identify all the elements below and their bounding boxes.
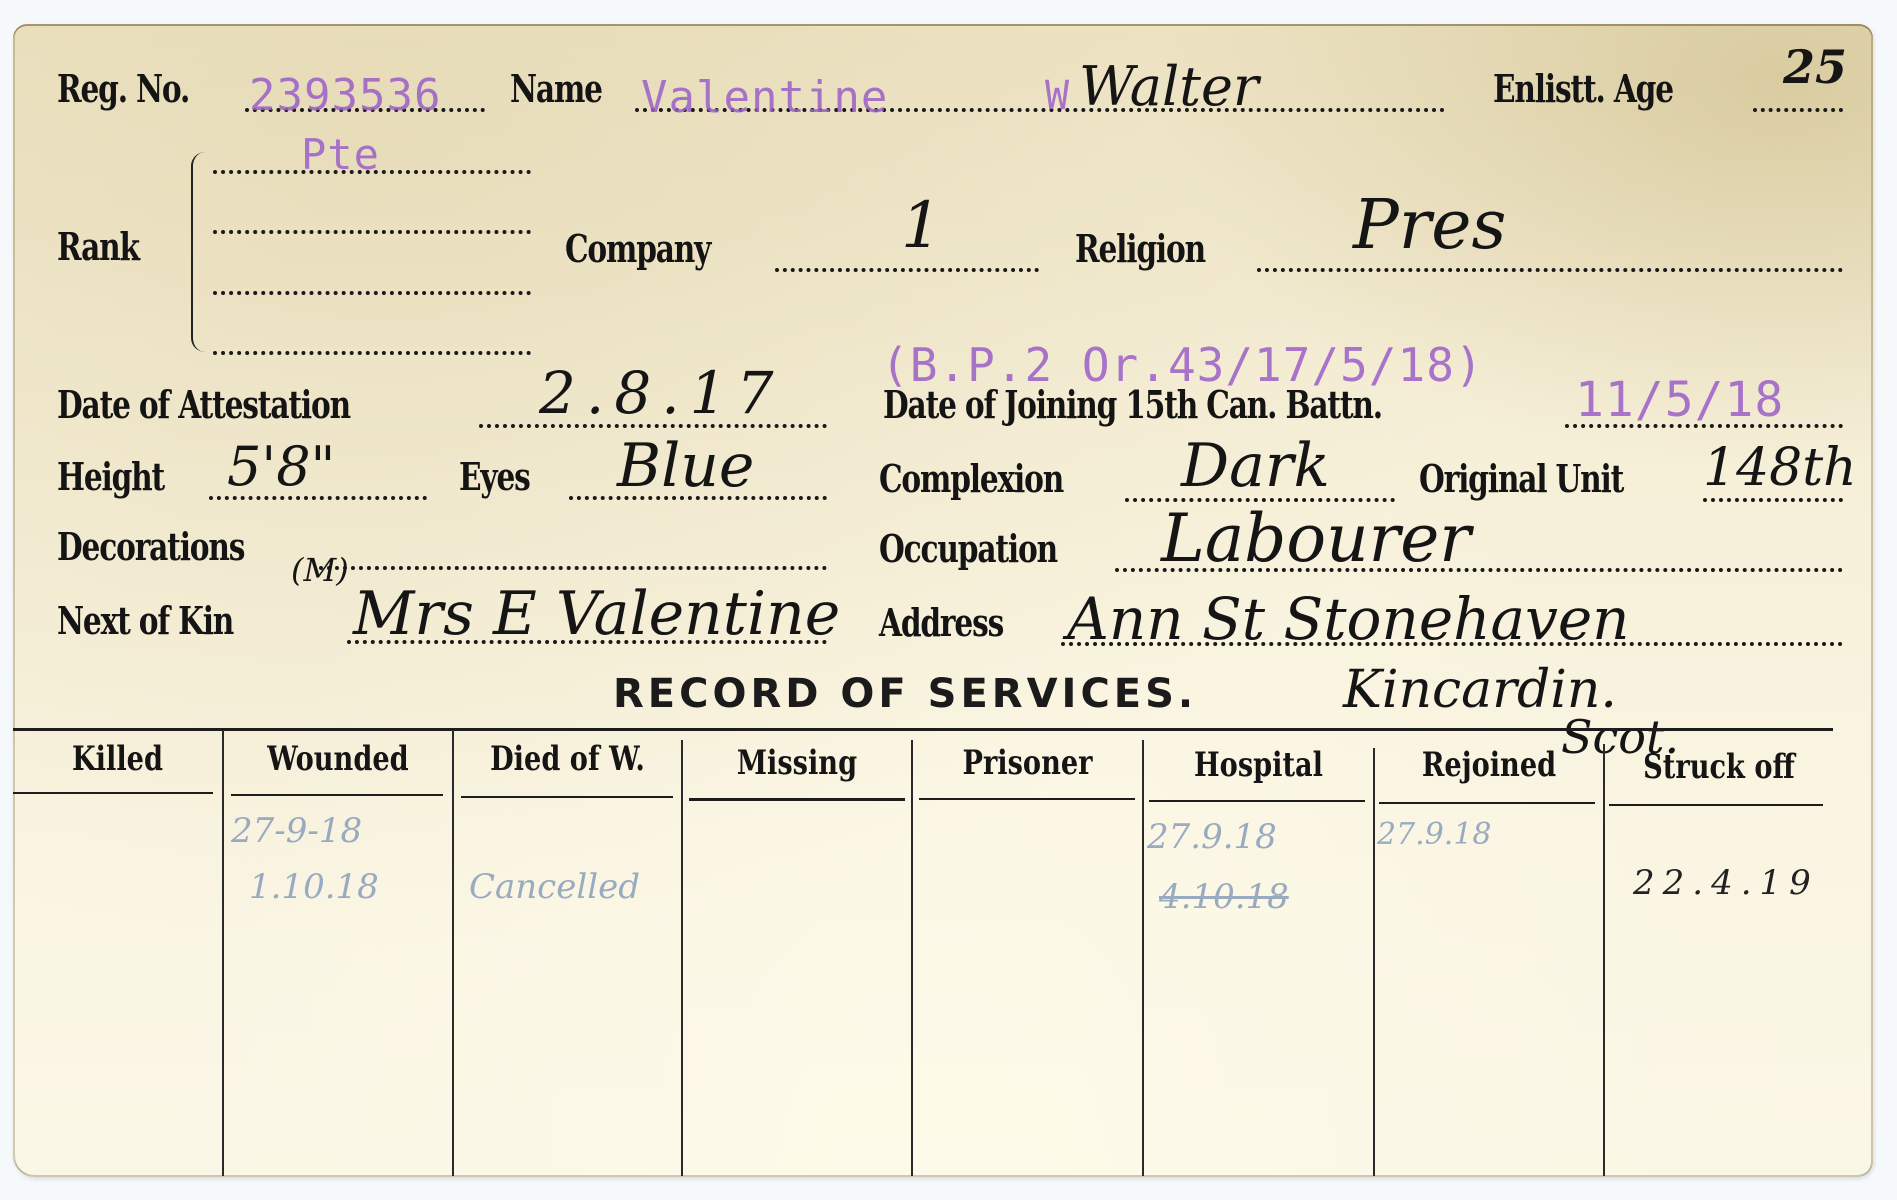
- header-rule-struck-off: [1609, 804, 1823, 806]
- original-unit-value: 148th: [1703, 442, 1857, 494]
- col-header-missing: Missing: [706, 746, 888, 780]
- rank-dotline-4: [213, 351, 531, 355]
- address-line-2: Kincardin.: [1343, 664, 1617, 716]
- header-rule-rejoined: [1379, 802, 1595, 804]
- original-unit-label: Original Unit: [1419, 460, 1623, 498]
- attestation-label: Date of Attestation: [57, 386, 350, 424]
- col-divider-5: [1142, 740, 1144, 1176]
- eyes-label: Eyes: [459, 458, 530, 496]
- company-dotline: [775, 268, 1039, 272]
- header-rule-hospital: [1149, 800, 1365, 802]
- joining-label: Date of Joining 15th Can. Battn.: [883, 386, 1382, 424]
- header-rule-killed: [13, 792, 213, 794]
- header-rule-prisoner: [919, 798, 1135, 800]
- given-name-value: Walter: [1079, 60, 1259, 114]
- decorations-dotline: [319, 566, 827, 570]
- rank-dotline-1: [213, 170, 531, 174]
- service-record-card: Reg. No. 2393536 Name Valentine W Walter…: [13, 24, 1873, 1177]
- next-of-kin-label: Next of Kin: [57, 602, 233, 640]
- next-of-kin-value: Mrs E Valentine: [353, 584, 840, 644]
- record-of-services-heading: RECORD OF SERVICES.: [613, 674, 1197, 714]
- religion-label: Religion: [1075, 230, 1205, 268]
- header-rule-missing: [689, 798, 905, 801]
- reg-no-label: Reg. No.: [57, 70, 189, 108]
- company-label: Company: [565, 230, 710, 268]
- reg-no-value: 2393536: [249, 74, 441, 118]
- col-header-hospital: Hospital: [1167, 748, 1350, 782]
- original-unit-dotline: [1703, 498, 1843, 502]
- hospital-entry-2: 4.10.18: [1159, 880, 1289, 914]
- decorations-label: Decorations: [57, 528, 244, 566]
- wounded-entry-2: 1.10.18: [249, 870, 379, 904]
- religion-dotline: [1257, 268, 1843, 272]
- col-header-killed: Killed: [34, 742, 201, 776]
- col-divider-3: [681, 740, 683, 1176]
- complexion-value: Dark: [1181, 436, 1330, 496]
- attestation-value: 2.8.17: [539, 364, 783, 422]
- joining-value: 11/5/18: [1575, 376, 1784, 424]
- struck-off-entry: 22.4.19: [1633, 866, 1819, 900]
- height-label: Height: [57, 458, 164, 496]
- col-header-struck-off: Struck off: [1628, 750, 1810, 784]
- age-dotline: [1753, 108, 1843, 112]
- address-label: Address: [879, 604, 1003, 642]
- company-value: 1: [901, 194, 942, 258]
- col-divider-6: [1373, 748, 1375, 1176]
- died-of-wounds-entry: Cancelled: [469, 870, 640, 904]
- col-divider-4: [911, 740, 913, 1176]
- wounded-entry-1: 27-9-18: [231, 814, 362, 848]
- rank-brace: [191, 152, 207, 352]
- complexion-label: Complexion: [879, 460, 1063, 498]
- col-header-wounded: Wounded: [247, 742, 429, 776]
- religion-value: Pres: [1353, 192, 1506, 260]
- kin-relation-annotation: (M): [291, 554, 349, 586]
- col-header-prisoner: Prisoner: [936, 746, 1119, 780]
- col-header-rejoined: Rejoined: [1398, 748, 1580, 782]
- hospital-entry-1: 27.9.18: [1147, 820, 1277, 854]
- surname-value: Valentine: [641, 76, 888, 120]
- given-initial-typed: W: [1045, 76, 1070, 116]
- col-header-died-of-wounds: Died of W.: [477, 742, 659, 776]
- address-line-1: Ann St Stonehaven: [1067, 590, 1630, 648]
- age-value: 25: [1783, 44, 1847, 90]
- col-divider-1: [222, 730, 224, 1176]
- occupation-label: Occupation: [879, 530, 1057, 568]
- rejoined-entry: 27.9.18: [1377, 820, 1492, 850]
- col-divider-7: [1603, 744, 1605, 1176]
- header-rule-wounded: [231, 794, 443, 796]
- rank-dotline-3: [213, 291, 531, 295]
- col-divider-2: [452, 730, 454, 1176]
- occupation-value: Labourer: [1161, 506, 1471, 572]
- rank-dotline-2: [213, 230, 531, 234]
- table-top-rule: [13, 728, 1833, 731]
- enlist-age-label: Enlistt. Age: [1493, 70, 1673, 108]
- name-label: Name: [510, 70, 602, 108]
- height-value: 5'8": [227, 440, 335, 494]
- rank-label: Rank: [57, 228, 139, 266]
- eyes-value: Blue: [617, 436, 754, 496]
- header-rule-died: [461, 796, 673, 798]
